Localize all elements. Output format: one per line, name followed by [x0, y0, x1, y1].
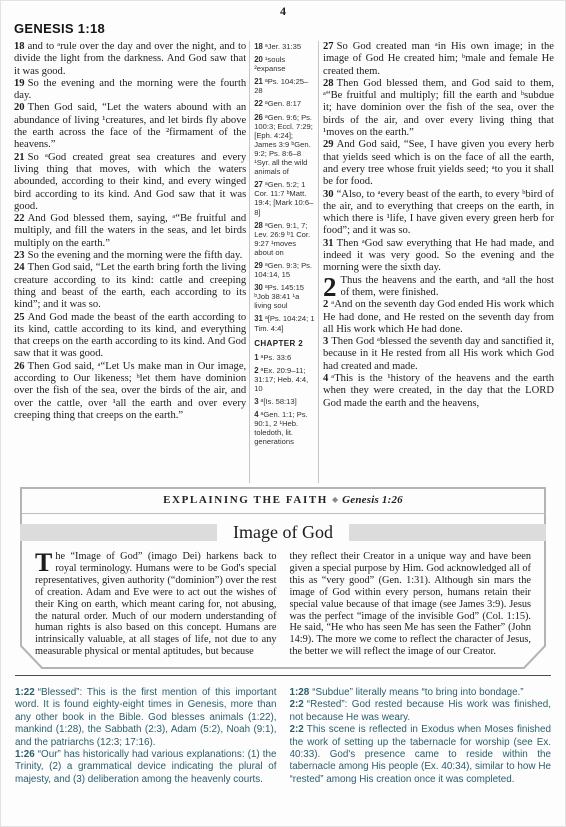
verse: 22And God blessed them, saying, ᵃ“Be fru… [14, 213, 246, 250]
footnote-text: “Subdue” literally means “to bring into … [312, 687, 523, 698]
page-number: 4 [0, 4, 566, 18]
verse-text: Then God said, “Let the waters abound wi… [14, 102, 246, 150]
running-head: GENESIS 1:18 [14, 21, 105, 36]
verse: 20Then God said, “Let the waters abound … [14, 102, 246, 151]
footnote: 1:26“Our” has historically had various e… [15, 749, 277, 786]
cross-ref-text: ᵃGen. 8:17 [265, 99, 301, 108]
verse-number: 23 [14, 250, 25, 261]
verse-text: Then God blessed them, and God said to t… [323, 78, 554, 138]
verse-text: So ᵃGod created great sea creatures and … [14, 152, 246, 212]
verse-text: Then ᵃGod saw everything that He had mad… [323, 238, 554, 274]
faith-box-body: The “Image of God” (imago Dei) harkens b… [20, 542, 546, 663]
cross-ref-entry: 20¹souls ²expanse [254, 55, 316, 73]
faith-box-kicker-reference: Genesis 1:26 [342, 494, 403, 506]
cross-ref-text: ᵃ[Is. 58:13] [261, 397, 297, 406]
verse-number: 20 [14, 102, 25, 113]
verse: 25And God made the beast of the earth ac… [14, 312, 246, 361]
faith-box-column-left: The “Image of God” (imago Dei) harkens b… [35, 551, 277, 663]
verse-text: So the evening and the morning were the … [14, 78, 246, 101]
footnote-separator-rule [15, 675, 551, 676]
cross-ref-entry: 2ᵃEx. 20:9–11; 31:17; Heb. 4:4, 10 [254, 366, 316, 393]
footnote-text: This scene is reflected in Exodus when M… [290, 724, 552, 785]
verse: 31Then ᵃGod saw everything that He had m… [323, 238, 554, 275]
verse-number: 3 [323, 336, 328, 347]
footnote-reference: 2:2 [290, 724, 304, 735]
cross-ref-entry: 27ᵃGen. 5:2; 1 Cor. 11:7 ᵇMatt. 19:4; [M… [254, 180, 316, 216]
cross-ref-verse-number: 21 [254, 77, 263, 86]
bible-page: 4 GENESIS 1:18 18and to ᵃrule over the d… [0, 0, 566, 827]
verse-number: 2 [323, 299, 328, 310]
chapter-opening-verse: 2Thus the heavens and the earth, and ᵃal… [323, 275, 554, 300]
cross-ref-text: ᵃEx. 20:9–11; 31:17; Heb. 4:4, 10 [254, 366, 308, 393]
cross-ref-text: ᵃJer. 31:35 [265, 42, 301, 51]
cross-ref-verse-number: 22 [254, 99, 263, 108]
footnote: 2:2This scene is reflected in Exodus whe… [290, 724, 552, 786]
verse-text: Thus the heavens and the earth, and ᵃall… [341, 275, 555, 298]
verse-number: 28 [323, 78, 334, 89]
footnote: 2:2“Rested”: God rested because His work… [290, 699, 552, 724]
verse-text: Then God said, “Let the earth bring fort… [14, 262, 246, 310]
cross-ref-entry: 29ᵃGen. 9:3; Ps. 104:14, 15 [254, 261, 316, 279]
cross-ref-text: ᵃGen. 1:1; Ps. 90:1, 2 ¹Heb. toledoth, l… [254, 410, 308, 446]
cross-ref-verse-number: 30 [254, 283, 263, 292]
cross-ref-entry: 31ᵃ[Ps. 104:24; 1 Tim. 4:4] [254, 314, 316, 332]
verse-text: Then God ᵃblessed the seventh day and sa… [323, 336, 554, 372]
verse-number: 21 [14, 152, 25, 163]
cross-ref-entry: 1ᵃPs. 33:6 [254, 353, 316, 362]
verse: 30“Also, to ᵃevery beast of the earth, t… [323, 189, 554, 238]
verse: 26Then God said, ᵃ“Let Us make man in Ou… [14, 361, 246, 422]
verse-text: And God blessed them, saying, ᵃ“Be fruit… [14, 213, 246, 249]
cross-ref-verse-number: 31 [254, 314, 263, 323]
explaining-the-faith-box: EXPLAINING THE FAITH◆Genesis 1:26 Image … [20, 487, 546, 669]
faith-box-kicker-label: EXPLAINING THE FAITH [163, 494, 328, 506]
verse: 24Then God said, “Let the earth bring fo… [14, 262, 246, 311]
verse-number: 4 [323, 373, 328, 384]
verse-number: 29 [323, 139, 334, 150]
footnote-column-left: 1:22“Blessed”: This is the first mention… [15, 687, 277, 786]
faith-box-column-right: they reflect their Creator in a unique w… [290, 551, 532, 663]
cross-ref-verse-number: 26 [254, 113, 263, 122]
footnote-text: “Blessed”: This is the first mention of … [15, 687, 277, 748]
verse: 29And God said, “See, I have given you e… [323, 139, 554, 188]
footnote: 1:28“Subdue” literally means “to bring i… [290, 687, 552, 699]
verse: 18and to ᵃrule over the day and over the… [14, 41, 246, 78]
footnotes-section: 1:22“Blessed”: This is the first mention… [15, 687, 551, 786]
footnote-text: “Rested”: God rested because His work wa… [290, 699, 552, 722]
cross-ref-verse-number: 28 [254, 221, 263, 230]
cross-ref-verse-number: 29 [254, 261, 263, 270]
diamond-icon: ◆ [328, 495, 342, 504]
verse-text: So God created man ᵃin His own image; in… [323, 41, 554, 77]
kicker-rule [20, 513, 546, 514]
verse-number: 24 [14, 262, 25, 273]
verse-number: 18 [14, 41, 25, 52]
verse: 19So the evening and the morning were th… [14, 78, 246, 103]
verse: 4ᵃThis is the ¹history of the heavens an… [323, 373, 554, 410]
cross-ref-verse-number: 18 [254, 42, 263, 51]
cross-ref-verse-number: 4 [254, 410, 258, 419]
cross-ref-text: ᵃGen. 5:2; 1 Cor. 11:7 ᵇMatt. 19:4; [Mar… [254, 180, 313, 216]
faith-box-title: Image of God [217, 522, 349, 542]
verse-text: ᵃThis is the ¹history of the heavens and… [323, 373, 554, 409]
verse: 28Then God blessed them, and God said to… [323, 78, 554, 139]
verse-number: 31 [323, 238, 334, 249]
verse-text: And God said, “See, I have given you eve… [323, 139, 554, 187]
scripture-columns: 18and to ᵃrule over the day and over the… [14, 41, 554, 483]
cross-ref-verse-number: 2 [254, 366, 258, 375]
verse-number: 25 [14, 312, 25, 323]
cross-ref-verse-number: 3 [254, 397, 258, 406]
verse-number: 26 [14, 361, 25, 372]
faith-box-content: EXPLAINING THE FAITH◆Genesis 1:26 Image … [20, 487, 546, 669]
footnote: 1:22“Blessed”: This is the first mention… [15, 687, 277, 749]
cross-ref-entry: 18ᵃJer. 31:35 [254, 42, 316, 51]
footnote-reference: 2:2 [290, 699, 304, 710]
verse: 27So God created man ᵃin His own image; … [323, 41, 554, 78]
verse-number: 19 [14, 78, 25, 89]
verse: 21So ᵃGod created great sea creatures an… [14, 152, 246, 213]
cross-ref-chapter-heading: CHAPTER 2 [254, 339, 316, 348]
cross-ref-entry: 4ᵃGen. 1:1; Ps. 90:1, 2 ¹Heb. toledoth, … [254, 410, 316, 446]
cross-reference-column: 18ᵃJer. 31:3520¹souls ²expanse21ᵃPs. 104… [250, 41, 318, 483]
cross-ref-entry: 28ᵃGen. 9:1, 7; Lev. 26:9 ᵇ1 Cor. 9:27 ¹… [254, 221, 316, 257]
cross-ref-text: ᵃ[Ps. 104:24; 1 Tim. 4:4] [254, 314, 314, 332]
cross-ref-verse-number: 27 [254, 180, 263, 189]
verse: 3Then God ᵃblessed the seventh day and s… [323, 336, 554, 373]
footnote-column-right: 1:28“Subdue” literally means “to bring i… [290, 687, 552, 786]
verse-number: 22 [14, 213, 25, 224]
footnote-reference: 1:22 [15, 687, 35, 698]
column-rule-right [318, 41, 319, 483]
cross-ref-text: ᵃPs. 33:6 [261, 353, 292, 362]
cross-ref-entry: 22ᵃGen. 8:17 [254, 99, 316, 108]
verse-text: and to ᵃrule over the day and over the n… [14, 41, 246, 77]
chapter-number-dropcap: 2 [323, 276, 337, 299]
verse-text: And God made the beast of the earth acco… [14, 312, 246, 360]
verse-text: ᵃAnd on the seventh day God ended His wo… [323, 299, 554, 335]
cross-ref-entry: 21ᵃPs. 104:25–28 [254, 77, 316, 95]
cross-ref-entry: 30ᵃPs. 145:15 ᵇJob 38:41 ¹a living soul [254, 283, 316, 310]
cross-ref-text: ᵃGen. 9:6; Ps. 100:3; Eccl. 7:29; [Eph. … [254, 113, 313, 177]
cross-ref-verse-number: 20 [254, 55, 263, 64]
footnote-reference: 1:26 [15, 749, 35, 760]
verse-number: 27 [323, 41, 334, 52]
faith-box-kicker: EXPLAINING THE FAITH◆Genesis 1:26 [20, 487, 546, 507]
verse-text: So the evening and the morning were the … [28, 250, 243, 261]
title-band-left [20, 524, 217, 541]
title-band-right [349, 524, 546, 541]
cross-ref-verse-number: 1 [254, 353, 258, 362]
verse-text: “Also, to ᵃevery beast of the earth, to … [323, 189, 554, 237]
verse-text: Then God said, ᵃ“Let Us make man in Our … [14, 361, 246, 421]
scripture-column-left: 18and to ᵃrule over the day and over the… [14, 41, 246, 483]
footnote-reference: 1:28 [290, 687, 310, 698]
verse-number: 30 [323, 189, 334, 200]
verse: 23So the evening and the morning were th… [14, 250, 246, 262]
cross-ref-entry: 3ᵃ[Is. 58:13] [254, 397, 316, 406]
verse: 2ᵃAnd on the seventh day God ended His w… [323, 299, 554, 336]
cross-ref-entry: 26ᵃGen. 9:6; Ps. 100:3; Eccl. 7:29; [Eph… [254, 113, 316, 177]
faith-box-titlebar: Image of God [20, 522, 546, 542]
footnote-text: “Our” has historically had various expla… [15, 749, 277, 785]
scripture-column-right: 27So God created man ᵃin His own image; … [323, 41, 554, 483]
